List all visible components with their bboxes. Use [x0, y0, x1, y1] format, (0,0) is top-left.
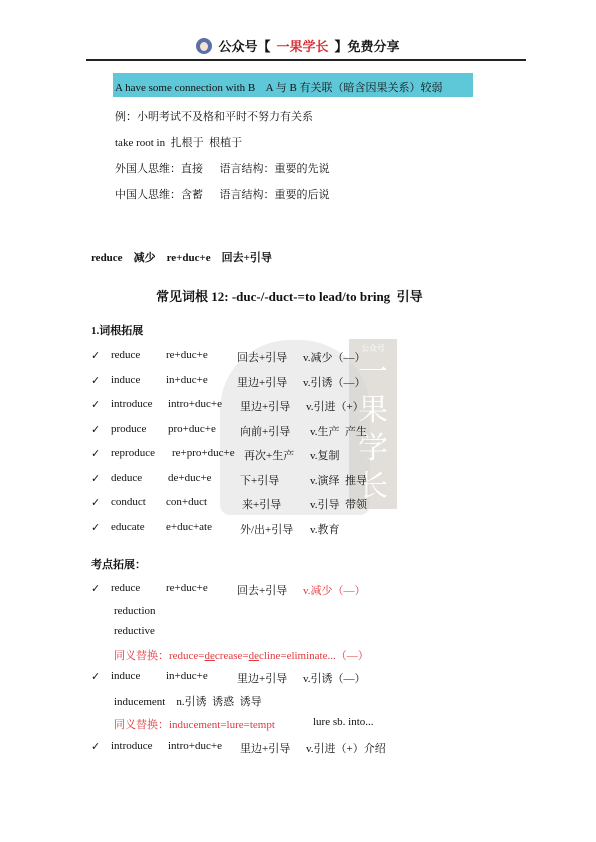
- check-icon: ✓: [91, 521, 100, 534]
- syn-part: reduce=: [169, 650, 205, 662]
- check-icon: ✓: [91, 670, 100, 683]
- derived-word: inducement n.引诱 诱惑 诱导: [114, 693, 262, 709]
- highlight-text: A have some connection with B A 与 B 有关联（…: [115, 79, 443, 95]
- phrase-text: take root in 扎根于 根植于: [115, 134, 242, 150]
- word: conduct: [111, 496, 146, 508]
- synonym-value: inducement=lure=tempt: [169, 719, 275, 731]
- check-icon: ✓: [91, 423, 100, 436]
- pos: v.引进（+）: [306, 398, 364, 414]
- header-suffix: 】免费分享: [335, 36, 400, 55]
- check-icon: ✓: [91, 472, 100, 485]
- pos: v.减少（—）: [303, 582, 366, 598]
- syn-part: de: [205, 650, 215, 662]
- pos: v.演绎 推导: [310, 472, 367, 488]
- synonym-line: 同义替换：reduce=decrease=decline=eliminate..…: [114, 647, 369, 663]
- word: reduce: [111, 349, 140, 361]
- check-icon: ✓: [91, 374, 100, 387]
- synonym-extra: lure sb. into...: [313, 716, 374, 728]
- synonym-label: 同义替换：: [114, 650, 169, 662]
- pos: v.生产 产生: [310, 423, 367, 439]
- avatar-icon: [196, 38, 212, 54]
- parts: con+duct: [166, 496, 207, 508]
- word: deduce: [111, 472, 142, 484]
- parts: re+pro+duc+e: [172, 447, 235, 459]
- synonym-label: 同义替换：: [114, 719, 169, 731]
- parts: in+duc+e: [166, 670, 208, 682]
- check-icon: ✓: [91, 582, 100, 595]
- synonym-line-2: 同义替换：inducement=lure=tempt: [114, 716, 275, 732]
- parts: re+duc+e: [166, 582, 208, 594]
- parts: e+duc+ate: [166, 521, 212, 533]
- meaning: 向前+引导: [240, 423, 290, 439]
- pos: v.减少（—）: [303, 349, 366, 365]
- check-icon: ✓: [91, 740, 100, 753]
- foreign-thinking: 外国人思维：直接 语言结构：重要的先说: [115, 160, 330, 176]
- check-icon: ✓: [91, 447, 100, 460]
- meaning: 回去+引导: [237, 349, 287, 365]
- word: produce: [111, 423, 146, 435]
- parts: de+duc+e: [168, 472, 212, 484]
- header-prefix: 公众号【: [218, 36, 270, 55]
- parts: pro+duc+e: [168, 423, 216, 435]
- syn-part: de: [249, 650, 259, 662]
- syn-part: cline=eliminate...（—）: [259, 650, 369, 662]
- meaning: 回去+引导: [237, 582, 287, 598]
- pos: v.引进（+）介绍: [306, 740, 386, 756]
- check-icon: ✓: [91, 349, 100, 362]
- pos: v.引诱（—）: [303, 670, 366, 686]
- meaning: 里边+引导: [240, 398, 290, 414]
- parts: in+duc+e: [166, 374, 208, 386]
- meaning: 来+引导: [242, 496, 281, 512]
- pos: v.引诱（—）: [303, 374, 366, 390]
- word: introduce: [111, 398, 153, 410]
- parts: intro+duc+e: [168, 740, 222, 752]
- pos: v.引导 带领: [310, 496, 367, 512]
- word: induce: [111, 374, 140, 386]
- pos: v.教育: [310, 521, 340, 537]
- syn-part: crease=: [215, 650, 249, 662]
- word: reduce: [111, 582, 140, 594]
- root-title: 常见词根 12: -duc-/-duct-=to lead/to bring 引…: [156, 286, 423, 305]
- derived-word: reductive: [114, 625, 155, 637]
- section1-title: 1.词根拓展: [91, 322, 143, 338]
- word: introduce: [111, 740, 153, 752]
- derived-word: reduction: [114, 605, 156, 617]
- parts: re+duc+e: [166, 349, 208, 361]
- header-brand: 一果学长: [276, 36, 328, 55]
- check-icon: ✓: [91, 398, 100, 411]
- word: induce: [111, 670, 140, 682]
- example-text: 例：小明考试不及格和平时不努力有关系: [115, 108, 313, 124]
- section2-title: 考点拓展：: [91, 556, 146, 572]
- meaning: 里边+引导: [240, 740, 290, 756]
- parts: intro+duc+e: [168, 398, 222, 410]
- meaning: 外/出+引导: [240, 521, 293, 537]
- check-icon: ✓: [91, 496, 100, 509]
- pos: v.复制: [310, 447, 340, 463]
- header-divider: [86, 59, 526, 61]
- meaning: 再次+生产: [244, 447, 294, 463]
- meaning: 里边+引导: [237, 374, 287, 390]
- chinese-thinking: 中国人思维：含蓄 语言结构：重要的后说: [115, 186, 330, 202]
- meaning: 下+引导: [240, 472, 279, 488]
- summary-line: reduce 减少 re+duc+e 回去+引导: [91, 249, 272, 265]
- word: educate: [111, 521, 145, 533]
- meaning: 里边+引导: [237, 670, 287, 686]
- word: reproduce: [111, 447, 155, 459]
- page-header: 公众号【一果学长】免费分享: [0, 36, 596, 58]
